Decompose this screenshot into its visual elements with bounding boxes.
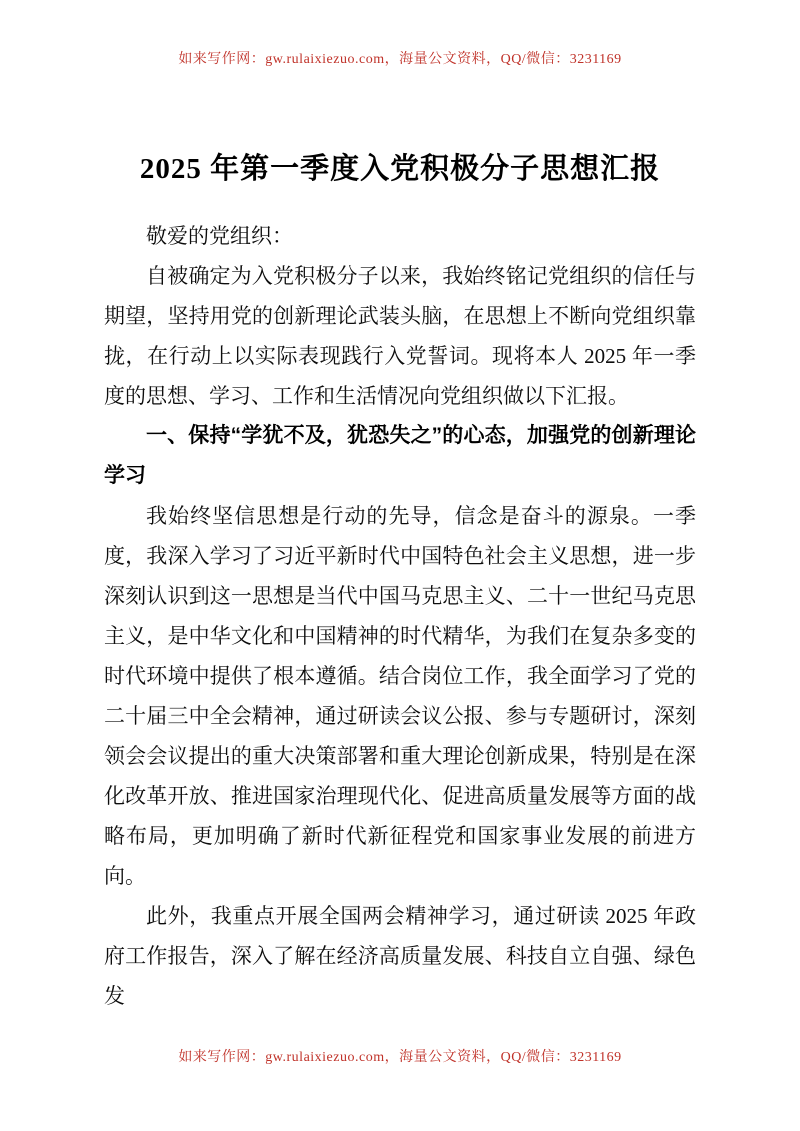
section-heading-1: 一、保持“学犹不及，犹恐失之”的心态，加强党的创新理论学习 [104, 416, 696, 496]
paragraph-section1-body2: 此外，我重点开展全国两会精神学习，通过研读 2025 年政府工作报告，深入了解在… [104, 896, 696, 1016]
document-body: 敬爱的党组织： 自被确定为入党积极分子以来，我始终铭记党组织的信任与期望，坚持用… [104, 216, 696, 1016]
salutation: 敬爱的党组织： [104, 216, 696, 256]
document-title: 2025 年第一季度入党积极分子思想汇报 [0, 146, 800, 187]
header-watermark: 如来写作网：gw.rulaixiezuo.com，海量公文资料，QQ/微信：32… [0, 48, 800, 68]
footer-watermark: 如来写作网：gw.rulaixiezuo.com，海量公文资料，QQ/微信：32… [0, 1046, 800, 1066]
paragraph-section1-body: 我始终坚信思想是行动的先导，信念是奋斗的源泉。一季度，我深入学习了习近平新时代中… [104, 496, 696, 896]
paragraph-intro: 自被确定为入党积极分子以来，我始终铭记党组织的信任与期望，坚持用党的创新理论武装… [104, 256, 696, 416]
document-page: 如来写作网：gw.rulaixiezuo.com，海量公文资料，QQ/微信：32… [0, 0, 800, 1131]
